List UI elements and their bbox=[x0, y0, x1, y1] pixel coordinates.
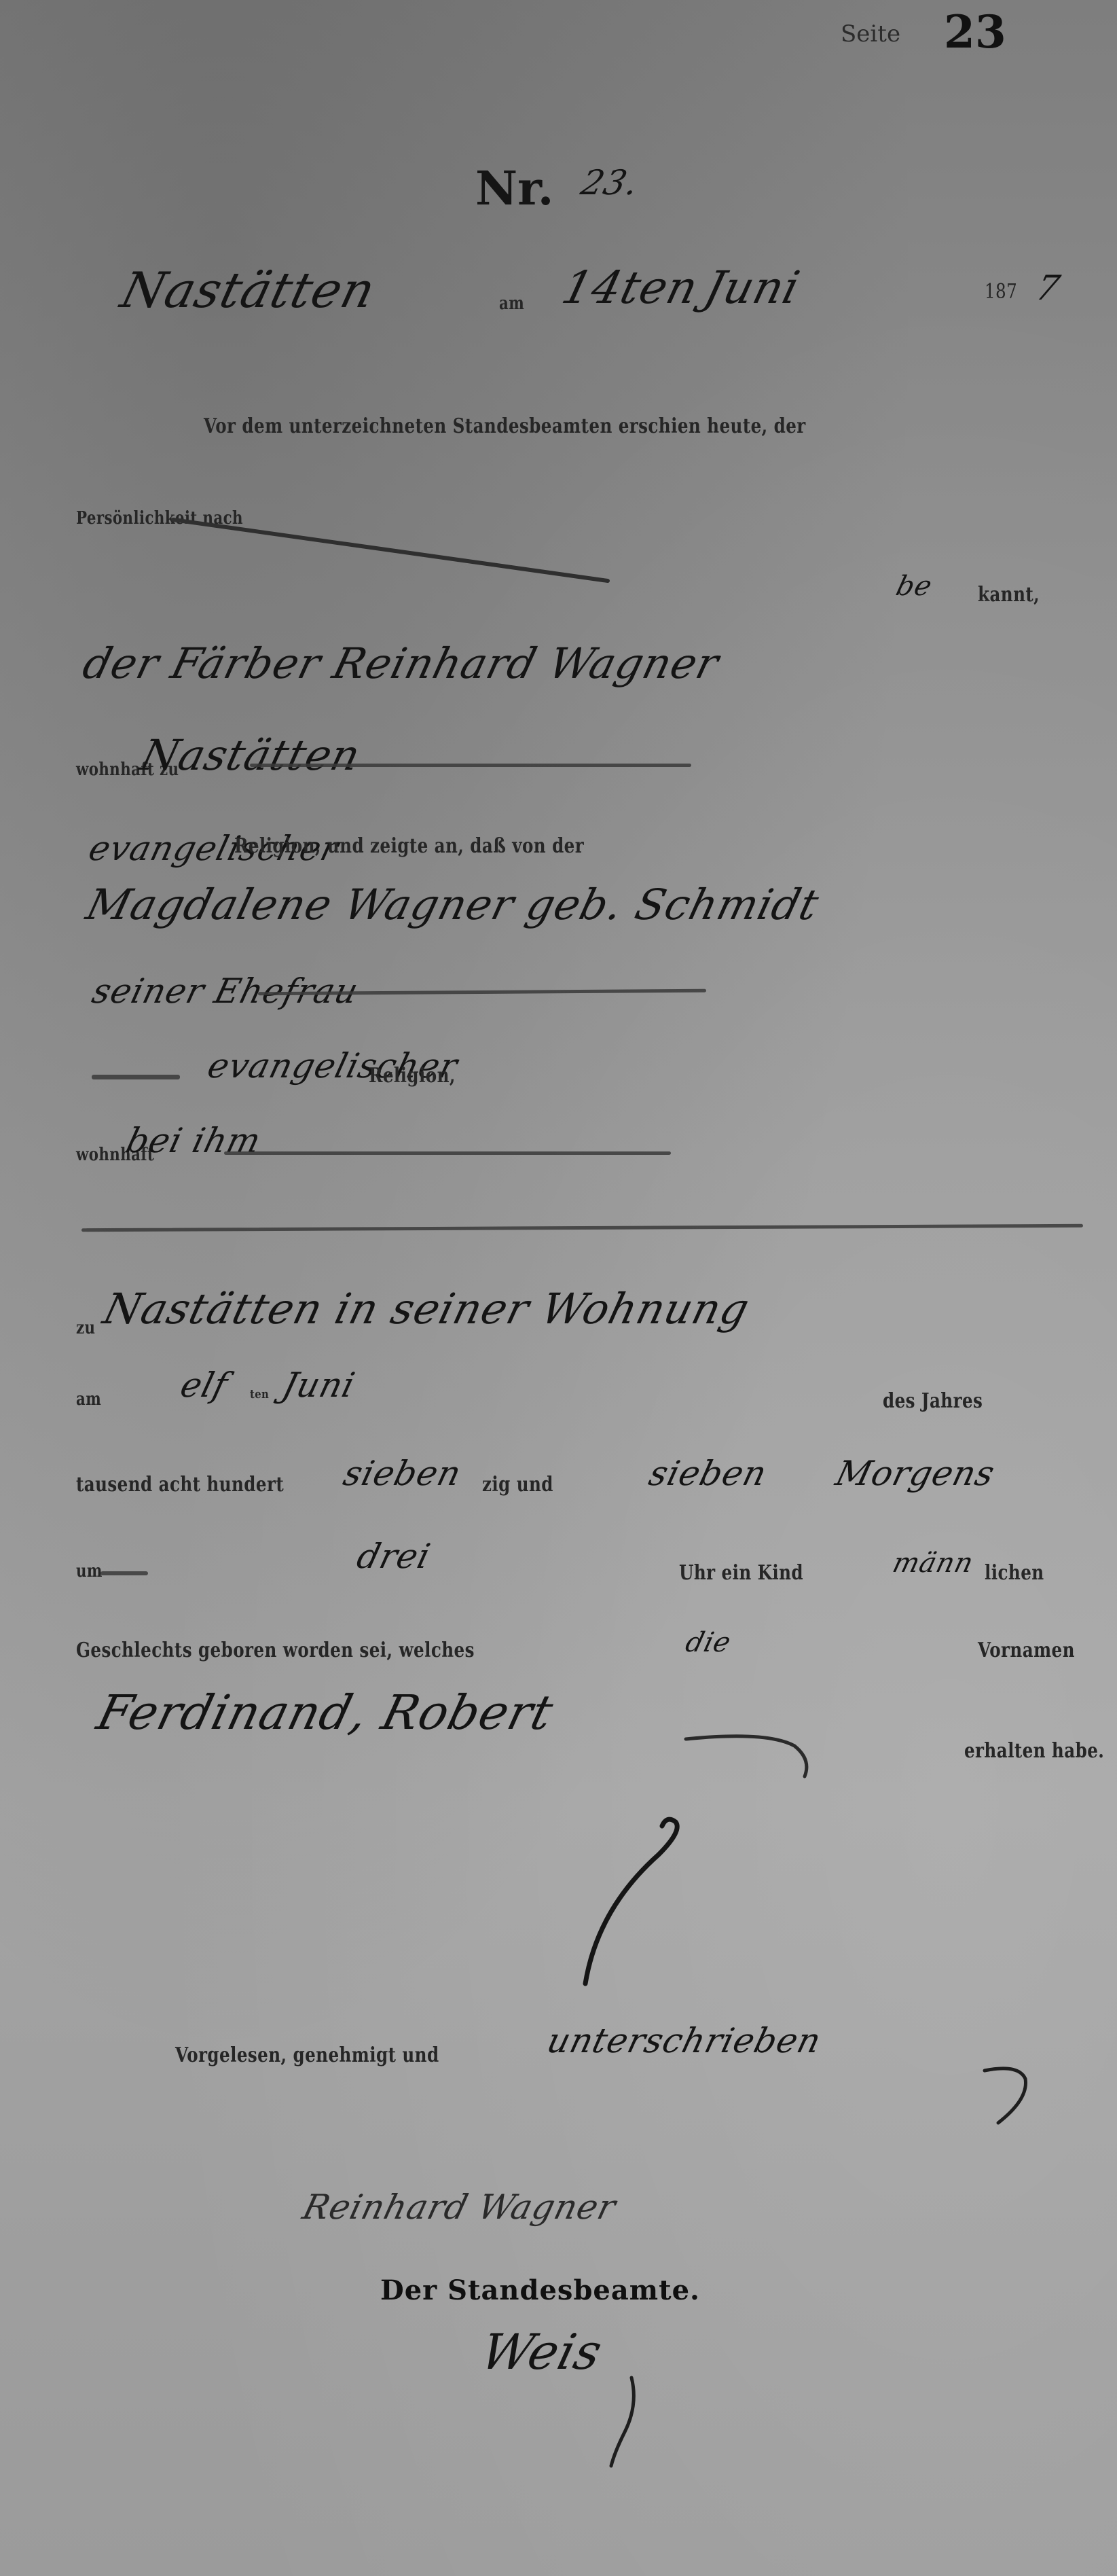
official-signature: Weis bbox=[475, 2323, 608, 2380]
informant-religion-label: Religion, und zeigte an, daß von der bbox=[234, 834, 584, 858]
printed-geschlecht-line: Geschlechts geboren worden sei, welches bbox=[76, 1639, 475, 1662]
fill-rule bbox=[92, 1075, 180, 1079]
year-printed-b: zig und bbox=[482, 1473, 553, 1497]
birth-place: Nastätten in seiner Wohnung bbox=[98, 1284, 754, 1334]
fill-rule bbox=[250, 764, 691, 767]
page-label: Seite bbox=[841, 20, 900, 48]
received-label: erhalten habe. bbox=[964, 1739, 1104, 1763]
flourish bbox=[985, 2065, 1066, 2126]
page-number: 23 bbox=[944, 5, 1006, 58]
birth-year-label: des Jahres bbox=[883, 1389, 983, 1413]
slanted-rule bbox=[173, 513, 839, 594]
entry-label: Nr. bbox=[475, 162, 553, 216]
child-label: Uhr ein Kind bbox=[679, 1561, 803, 1585]
vornamen-label: Vornamen bbox=[978, 1639, 1075, 1662]
year-printed-a: tausend acht hundert bbox=[76, 1473, 284, 1497]
closing-printed: Vorgelesen, genehmigt und bbox=[175, 2043, 439, 2067]
intro-printed-line1: Vor dem unterzeichneten Standesbeamten e… bbox=[204, 414, 806, 438]
flourish bbox=[686, 1725, 822, 1780]
time-of-day: Morgens bbox=[832, 1454, 999, 1493]
birth-hour: drei bbox=[353, 1537, 435, 1576]
header-place: Nastätten bbox=[115, 262, 382, 319]
informant-name: der Färber Reinhard Wagner bbox=[78, 639, 724, 688]
child-sex: männ bbox=[890, 1548, 977, 1579]
year-units: sieben bbox=[645, 1454, 771, 1493]
given-names: Ferdinand, Robert bbox=[92, 1685, 559, 1740]
mother-religion-label: Religion, bbox=[369, 1064, 456, 1088]
fill-rule bbox=[224, 1151, 671, 1155]
official-title: Der Standesbeamte. bbox=[380, 2274, 700, 2306]
informant-residence: Nastätten bbox=[136, 730, 366, 780]
entry-number: 23. bbox=[577, 163, 643, 202]
year-tens: sieben bbox=[340, 1454, 466, 1493]
header-day: 14ten bbox=[557, 262, 703, 314]
article: die bbox=[682, 1627, 735, 1658]
header-year-printed: 187 bbox=[985, 280, 1017, 304]
date-prefix: am bbox=[499, 293, 524, 314]
hour-label: um bbox=[76, 1561, 103, 1581]
known-suffix: kannt, bbox=[978, 583, 1040, 607]
birth-month: Juni bbox=[278, 1365, 359, 1405]
signature-tail bbox=[598, 2378, 652, 2473]
birth-place-prefix: zu bbox=[76, 1318, 95, 1338]
informant-signature: Reinhard Wagner bbox=[299, 2187, 620, 2227]
header-month: Juni bbox=[699, 262, 805, 314]
closing-handwritten: unterschrieben bbox=[543, 2021, 826, 2060]
closing-stroke bbox=[577, 1814, 699, 1997]
birth-day-label: am bbox=[76, 1389, 101, 1410]
mother-name: Magdalene Wagner geb. Schmidt bbox=[81, 880, 824, 929]
child-sex-suffix: lichen bbox=[985, 1561, 1044, 1585]
birth-day-suffix: ten bbox=[250, 1387, 269, 1401]
fill-rule bbox=[100, 1571, 148, 1575]
